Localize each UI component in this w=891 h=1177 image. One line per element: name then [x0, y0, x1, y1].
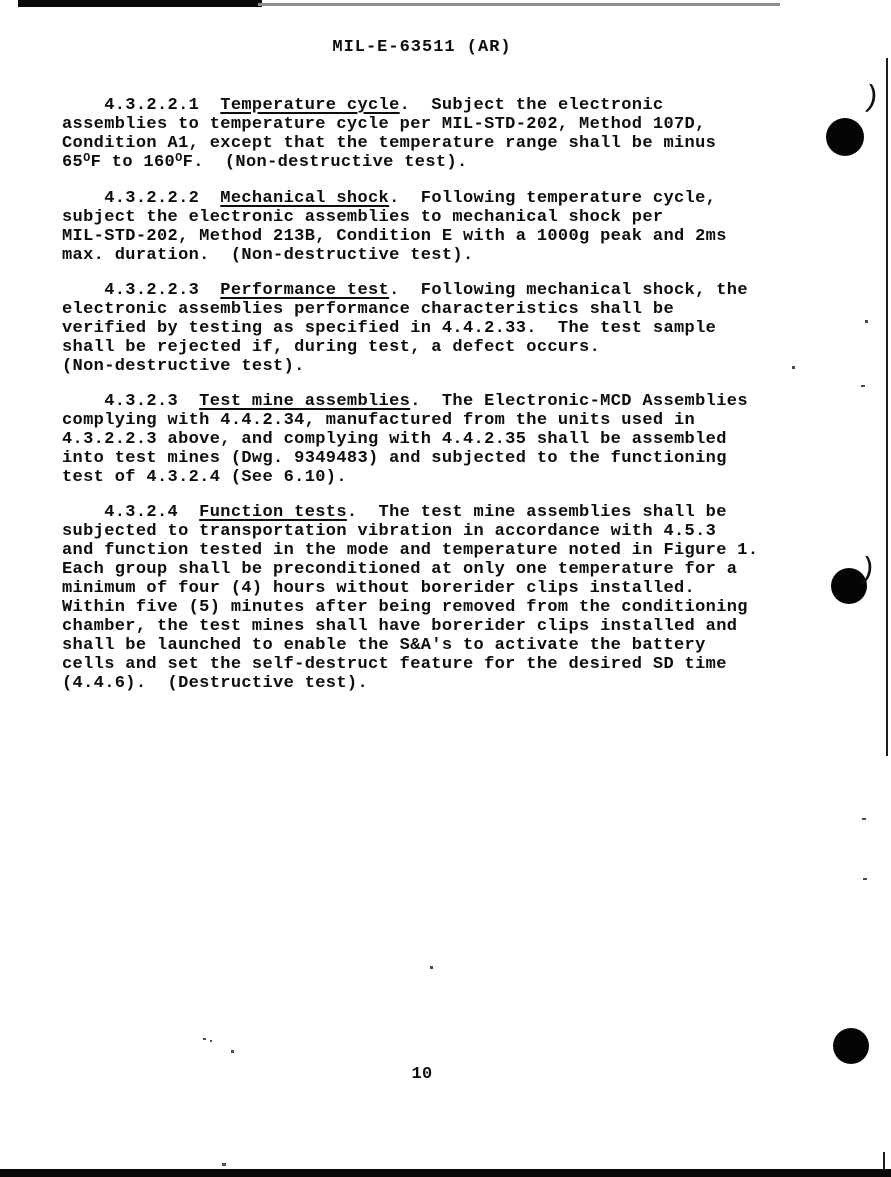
scan-speck	[862, 818, 866, 820]
black-dot-marker-3	[833, 1028, 869, 1064]
bottom-edge-scan-bar	[0, 1169, 891, 1177]
superscript-degree: O	[175, 151, 183, 165]
scan-speck	[430, 966, 433, 969]
text-line: cells and set the self-destruct feature …	[62, 655, 822, 674]
pen-mark-2: )	[856, 555, 878, 587]
section-title: Temperature cycle	[220, 96, 399, 115]
page-number: 10	[62, 1065, 782, 1084]
text-line: assemblies to temperature cycle per MIL-…	[62, 115, 822, 134]
text-line: MIL-STD-202, Method 213B, Condition E wi…	[62, 227, 822, 246]
text-line: verified by testing as specified in 4.4.…	[62, 319, 822, 338]
section-title: Test mine assemblies	[199, 392, 410, 411]
scan-speck	[231, 1050, 234, 1053]
text-line: electronic assemblies performance charac…	[62, 300, 822, 319]
pen-mark-1: )	[860, 83, 882, 115]
right-edge-scan-line	[886, 58, 888, 756]
text-line: Within five (5) minutes after being remo…	[62, 598, 822, 617]
text-line: 4.3.2.4 Function tests. The test mine as…	[62, 503, 822, 522]
scan-speck	[861, 385, 865, 387]
text-line: shall be rejected if, during test, a def…	[62, 338, 822, 357]
text-line: 4.3.2.3 Test mine assemblies. The Electr…	[62, 392, 822, 411]
black-dot-marker-1	[826, 118, 864, 156]
scan-speck	[203, 1038, 206, 1040]
scan-speck	[863, 878, 867, 880]
scan-speck	[222, 1163, 226, 1166]
document-body: 4.3.2.2.1 Temperature cycle. Subject the…	[62, 96, 822, 709]
text-line: complying with 4.4.2.34, manufactured fr…	[62, 411, 822, 430]
text-line: 4.3.2.2.1 Temperature cycle. Subject the…	[62, 96, 822, 115]
paragraph-4.3.2.2.1: 4.3.2.2.1 Temperature cycle. Subject the…	[62, 96, 822, 173]
section-title: Performance test	[220, 281, 389, 300]
text-line: 65OF to 160OF. (Non-destructive test).	[62, 153, 822, 173]
text-line: (4.4.6). (Destructive test).	[62, 674, 822, 693]
text-line: and function tested in the mode and temp…	[62, 541, 822, 560]
text-line: test of 4.3.2.4 (See 6.10).	[62, 468, 822, 487]
text-line: Each group shall be preconditioned at on…	[62, 560, 822, 579]
text-line: subjected to transportation vibration in…	[62, 522, 822, 541]
text-line: minimum of four (4) hours without boreri…	[62, 579, 822, 598]
superscript-degree: O	[83, 151, 91, 165]
paragraph-4.3.2.3: 4.3.2.3 Test mine assemblies. The Electr…	[62, 392, 822, 487]
document-header: MIL-E-63511 (AR)	[62, 38, 782, 57]
text-line: 4.3.2.2.2 Mechanical shock. Following te…	[62, 189, 822, 208]
text-line: 4.3.2.2.3 above, and complying with 4.4.…	[62, 430, 822, 449]
paragraph-4.3.2.4: 4.3.2.4 Function tests. The test mine as…	[62, 503, 822, 693]
top-edge-scan-bar	[18, 0, 262, 7]
text-line: into test mines (Dwg. 9349483) and subje…	[62, 449, 822, 468]
scan-speck	[865, 320, 868, 323]
paragraph-4.3.2.2.2: 4.3.2.2.2 Mechanical shock. Following te…	[62, 189, 822, 265]
section-title: Function tests	[199, 503, 347, 522]
paragraph-4.3.2.2.3: 4.3.2.2.3 Performance test. Following me…	[62, 281, 822, 376]
scan-speck	[210, 1040, 212, 1042]
section-title: Mechanical shock	[220, 189, 389, 208]
text-line: shall be launched to enable the S&A's to…	[62, 636, 822, 655]
text-line: chamber, the test mines shall have borer…	[62, 617, 822, 636]
text-line: 4.3.2.2.3 Performance test. Following me…	[62, 281, 822, 300]
text-line: max. duration. (Non-destructive test).	[62, 246, 822, 265]
right-edge-scan-tick	[883, 1152, 885, 1169]
text-line: (Non-destructive test).	[62, 357, 822, 376]
text-line: subject the electronic assemblies to mec…	[62, 208, 822, 227]
document-page: ) ) MIL-E-63511 (AR) 4.3.2.2.1 Temperatu…	[0, 0, 891, 1177]
top-edge-scan-line	[258, 3, 780, 6]
